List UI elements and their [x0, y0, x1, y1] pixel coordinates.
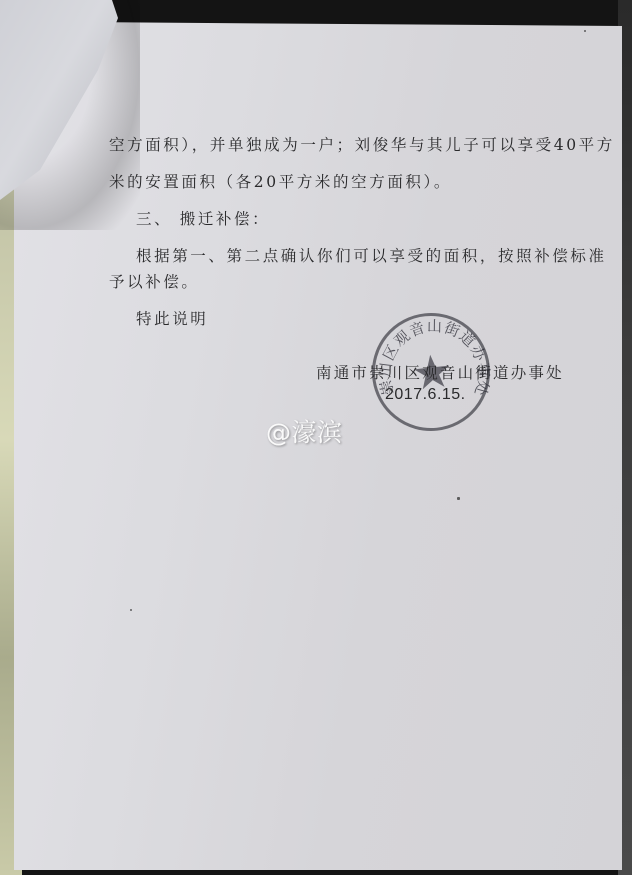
watermark: @濠滨	[266, 413, 343, 449]
body-line-1: 空方面积），并单独成为一户；刘俊华与其儿子可以享受40平方	[109, 133, 615, 155]
paper-speck	[457, 497, 460, 500]
document-photo: 空方面积），并单独成为一户；刘俊华与其儿子可以享受40平方 米的安置面积（各20…	[0, 0, 632, 875]
body-line-2: 米的安置面积（各20平方米的空方面积）。	[109, 170, 452, 192]
paper-speck	[584, 30, 586, 32]
body-line-5: 予以补偿。	[109, 270, 200, 292]
issue-date: 2017.6.15.	[385, 386, 466, 404]
issuer-name: 南通市崇川区观音山街道办事处	[316, 361, 564, 383]
closing-statement: 特此说明	[136, 307, 208, 329]
paper-speck	[130, 609, 132, 611]
section-heading-relocation-compensation: 三、 搬迁补偿：	[136, 207, 270, 229]
body-line-4: 根据第一、第二点确认你们可以享受的面积，按照补偿标准	[136, 244, 607, 266]
